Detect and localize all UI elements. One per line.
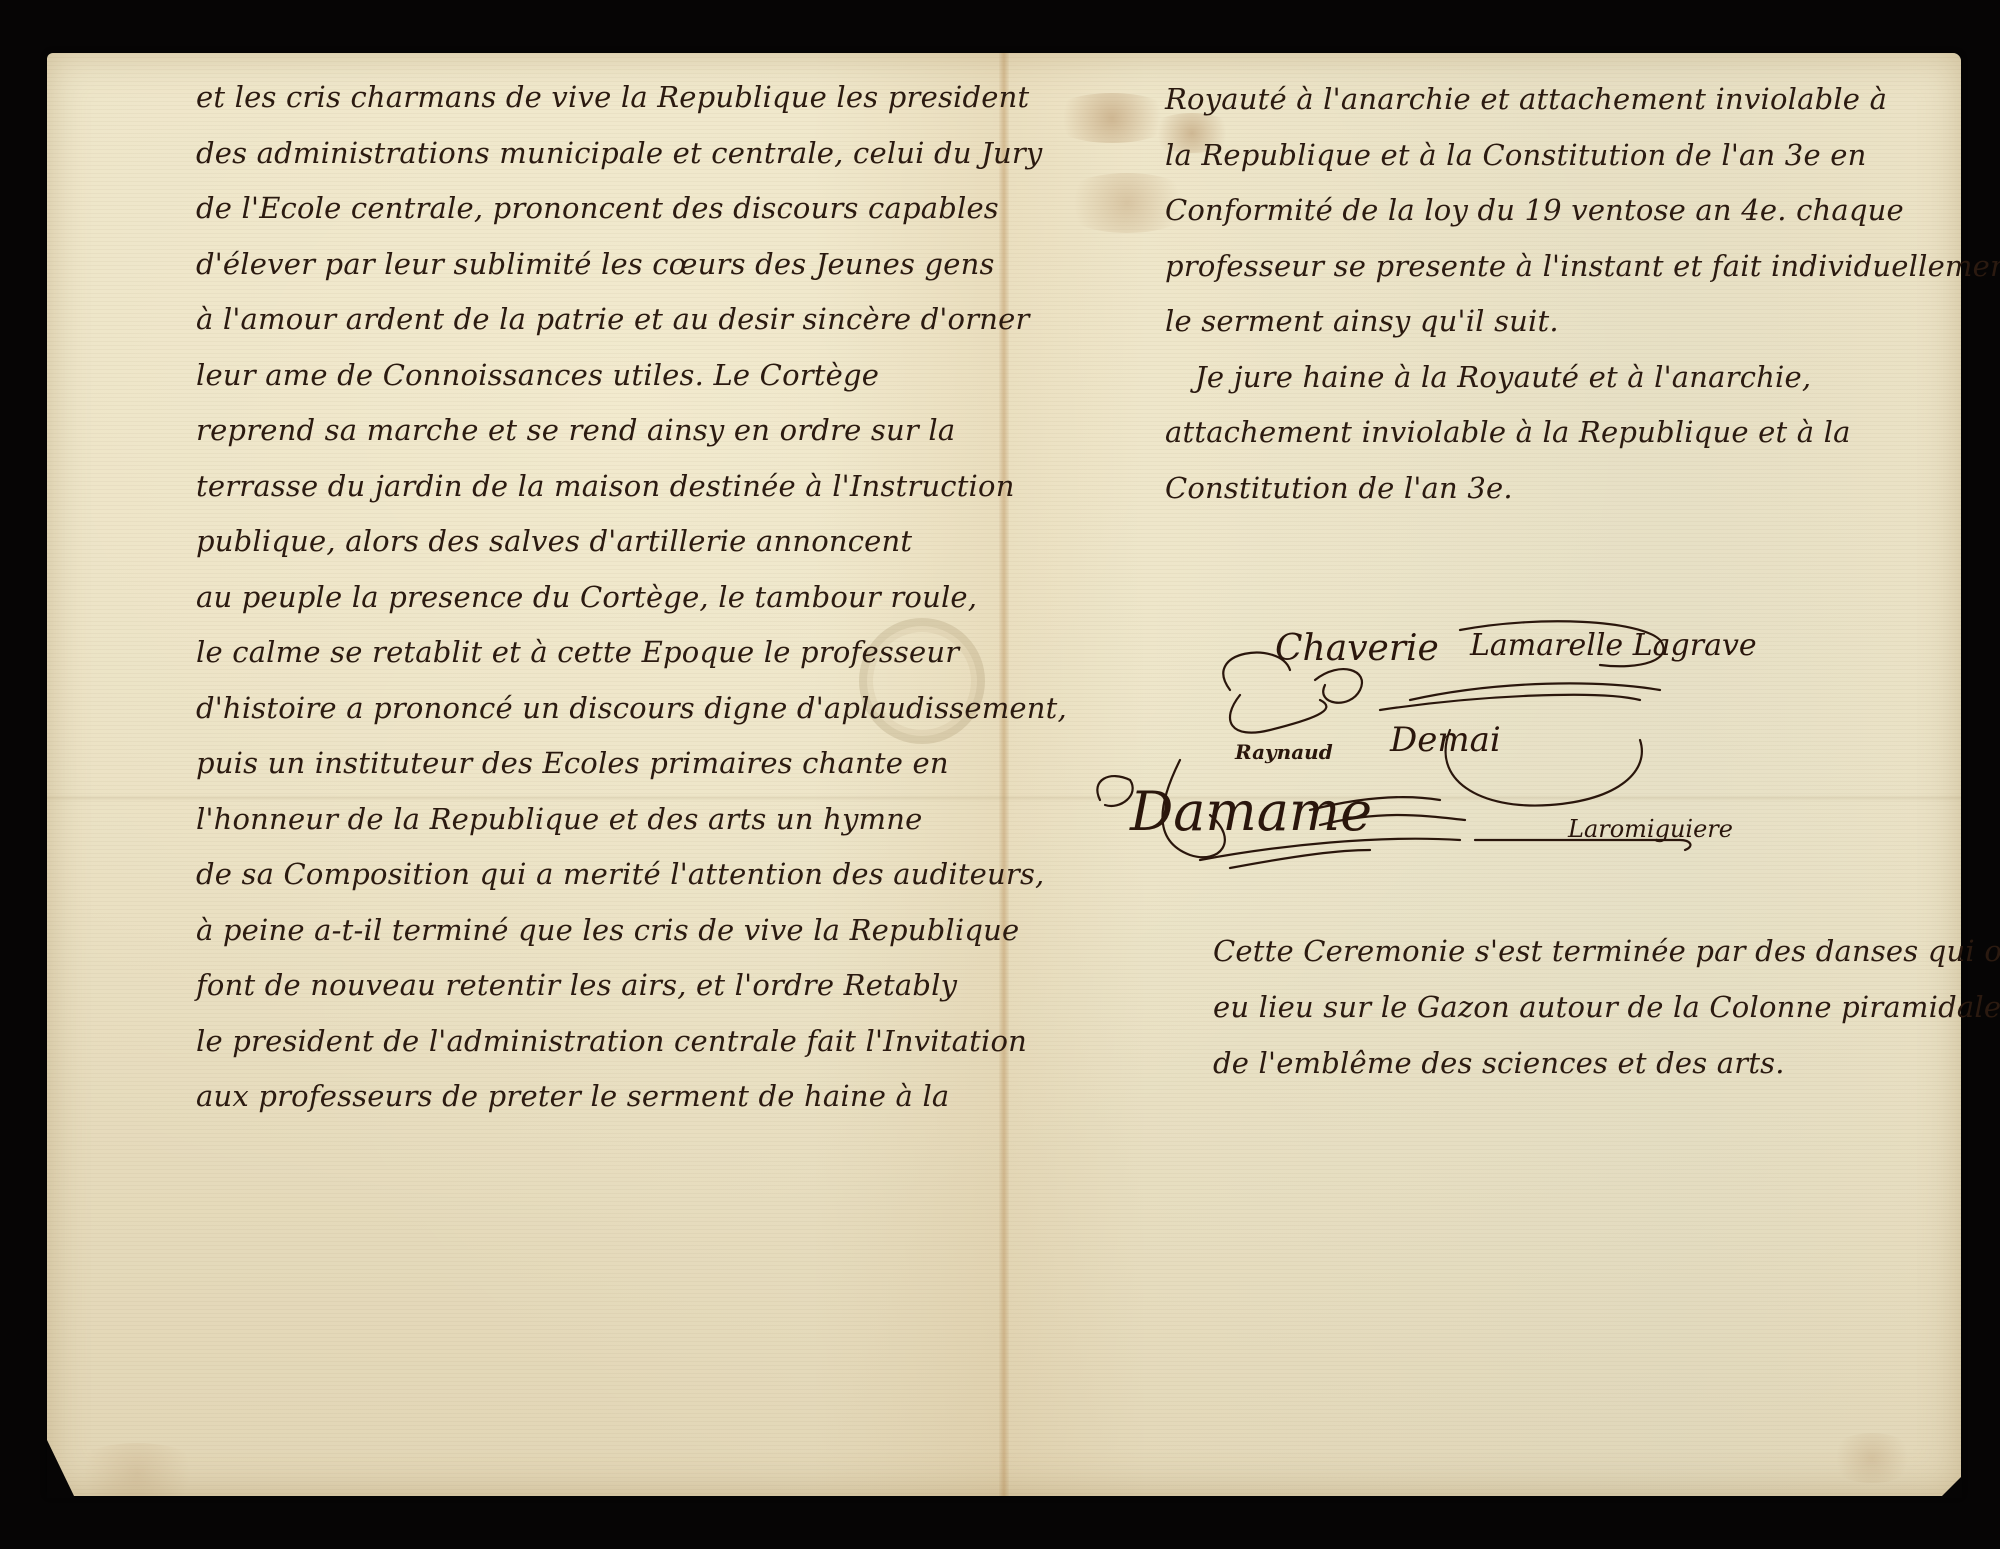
oath-line: Constitution de l'an 3e.	[1165, 461, 1885, 517]
text-line: le president de l'administration central…	[196, 1014, 936, 1070]
oath-line: Je jure haine à la Royauté et à l'anarch…	[1165, 350, 1885, 406]
signature: Chaverie	[1275, 628, 1439, 669]
foxing-stain	[67, 1443, 207, 1496]
text-line: la Republique et à la Constitution de l'…	[1165, 128, 1885, 184]
foxing-stain	[1827, 1433, 1917, 1483]
text-line: leur ame de Connoissances utiles. Le Cor…	[196, 348, 936, 404]
torn-corner	[47, 1440, 75, 1498]
text-line: des administrations municipale et centra…	[196, 126, 936, 182]
torn-corner	[1940, 1476, 1962, 1498]
text-line: Cette Ceremonie s'est terminée par des d…	[1213, 923, 1913, 979]
text-line: à l'amour ardent de la patrie et au desi…	[196, 292, 936, 348]
text-line: d'élever par leur sublimité les cœurs de…	[196, 237, 936, 293]
text-line: publique, alors des salves d'artillerie …	[196, 514, 936, 570]
text-line: à peine a-t-il terminé que les cris de v…	[196, 903, 936, 959]
scan-background: et les cris charmans de vive la Republiq…	[0, 0, 2000, 1549]
signature: Demai	[1390, 720, 1501, 760]
signature: Raynaud	[1235, 740, 1333, 764]
text-line: Conformité de la loy du 19 ventose an 4e…	[1165, 183, 1885, 239]
closing-paragraph: Cette Ceremonie s'est terminée par des d…	[1213, 923, 1913, 1091]
text-line: font de nouveau retentir les airs, et l'…	[196, 958, 936, 1014]
text-line: reprend sa marche et se rend ainsy en or…	[196, 403, 936, 459]
oath-line: attachement inviolable à la Republique e…	[1165, 405, 1885, 461]
text-line: eu lieu sur le Gazon autour de la Colonn…	[1213, 979, 1913, 1035]
right-page-text: Royauté à l'anarchie et attachement invi…	[1165, 72, 1885, 516]
signature: Lamarelle Lagrave	[1470, 628, 1757, 663]
text-line: terrasse du jardin de la maison destinée…	[196, 459, 936, 515]
text-line: au peuple la presence du Cortège, le tam…	[196, 570, 936, 626]
text-line: aux professeurs de preter le serment de …	[196, 1069, 936, 1125]
signature-block: Chaverie Lamarelle Lagrave Demai Raynaud…	[1080, 610, 1780, 880]
text-line: le serment ainsy qu'il suit.	[1165, 294, 1885, 350]
text-line: et les cris charmans de vive la Republiq…	[196, 70, 936, 126]
text-line: de sa Composition qui a merité l'attenti…	[196, 847, 936, 903]
text-line: Royauté à l'anarchie et attachement invi…	[1165, 72, 1885, 128]
signature: Laromiguiere	[1568, 815, 1733, 843]
text-line: puis un instituteur des Ecoles primaires…	[196, 736, 936, 792]
text-line: de l'emblême des sciences et des arts.	[1213, 1035, 1913, 1091]
signature: Damame	[1130, 780, 1372, 843]
text-line: professeur se presente à l'instant et fa…	[1165, 239, 1885, 295]
text-line: le calme se retablit et à cette Epoque l…	[196, 625, 936, 681]
left-page-text: et les cris charmans de vive la Republiq…	[196, 70, 936, 1125]
text-line: l'honneur de la Republique et des arts u…	[196, 792, 936, 848]
text-line: d'histoire a prononcé un discours digne …	[196, 681, 936, 737]
text-line: de l'Ecole centrale, prononcent des disc…	[196, 181, 936, 237]
center-fold	[999, 53, 1009, 1496]
